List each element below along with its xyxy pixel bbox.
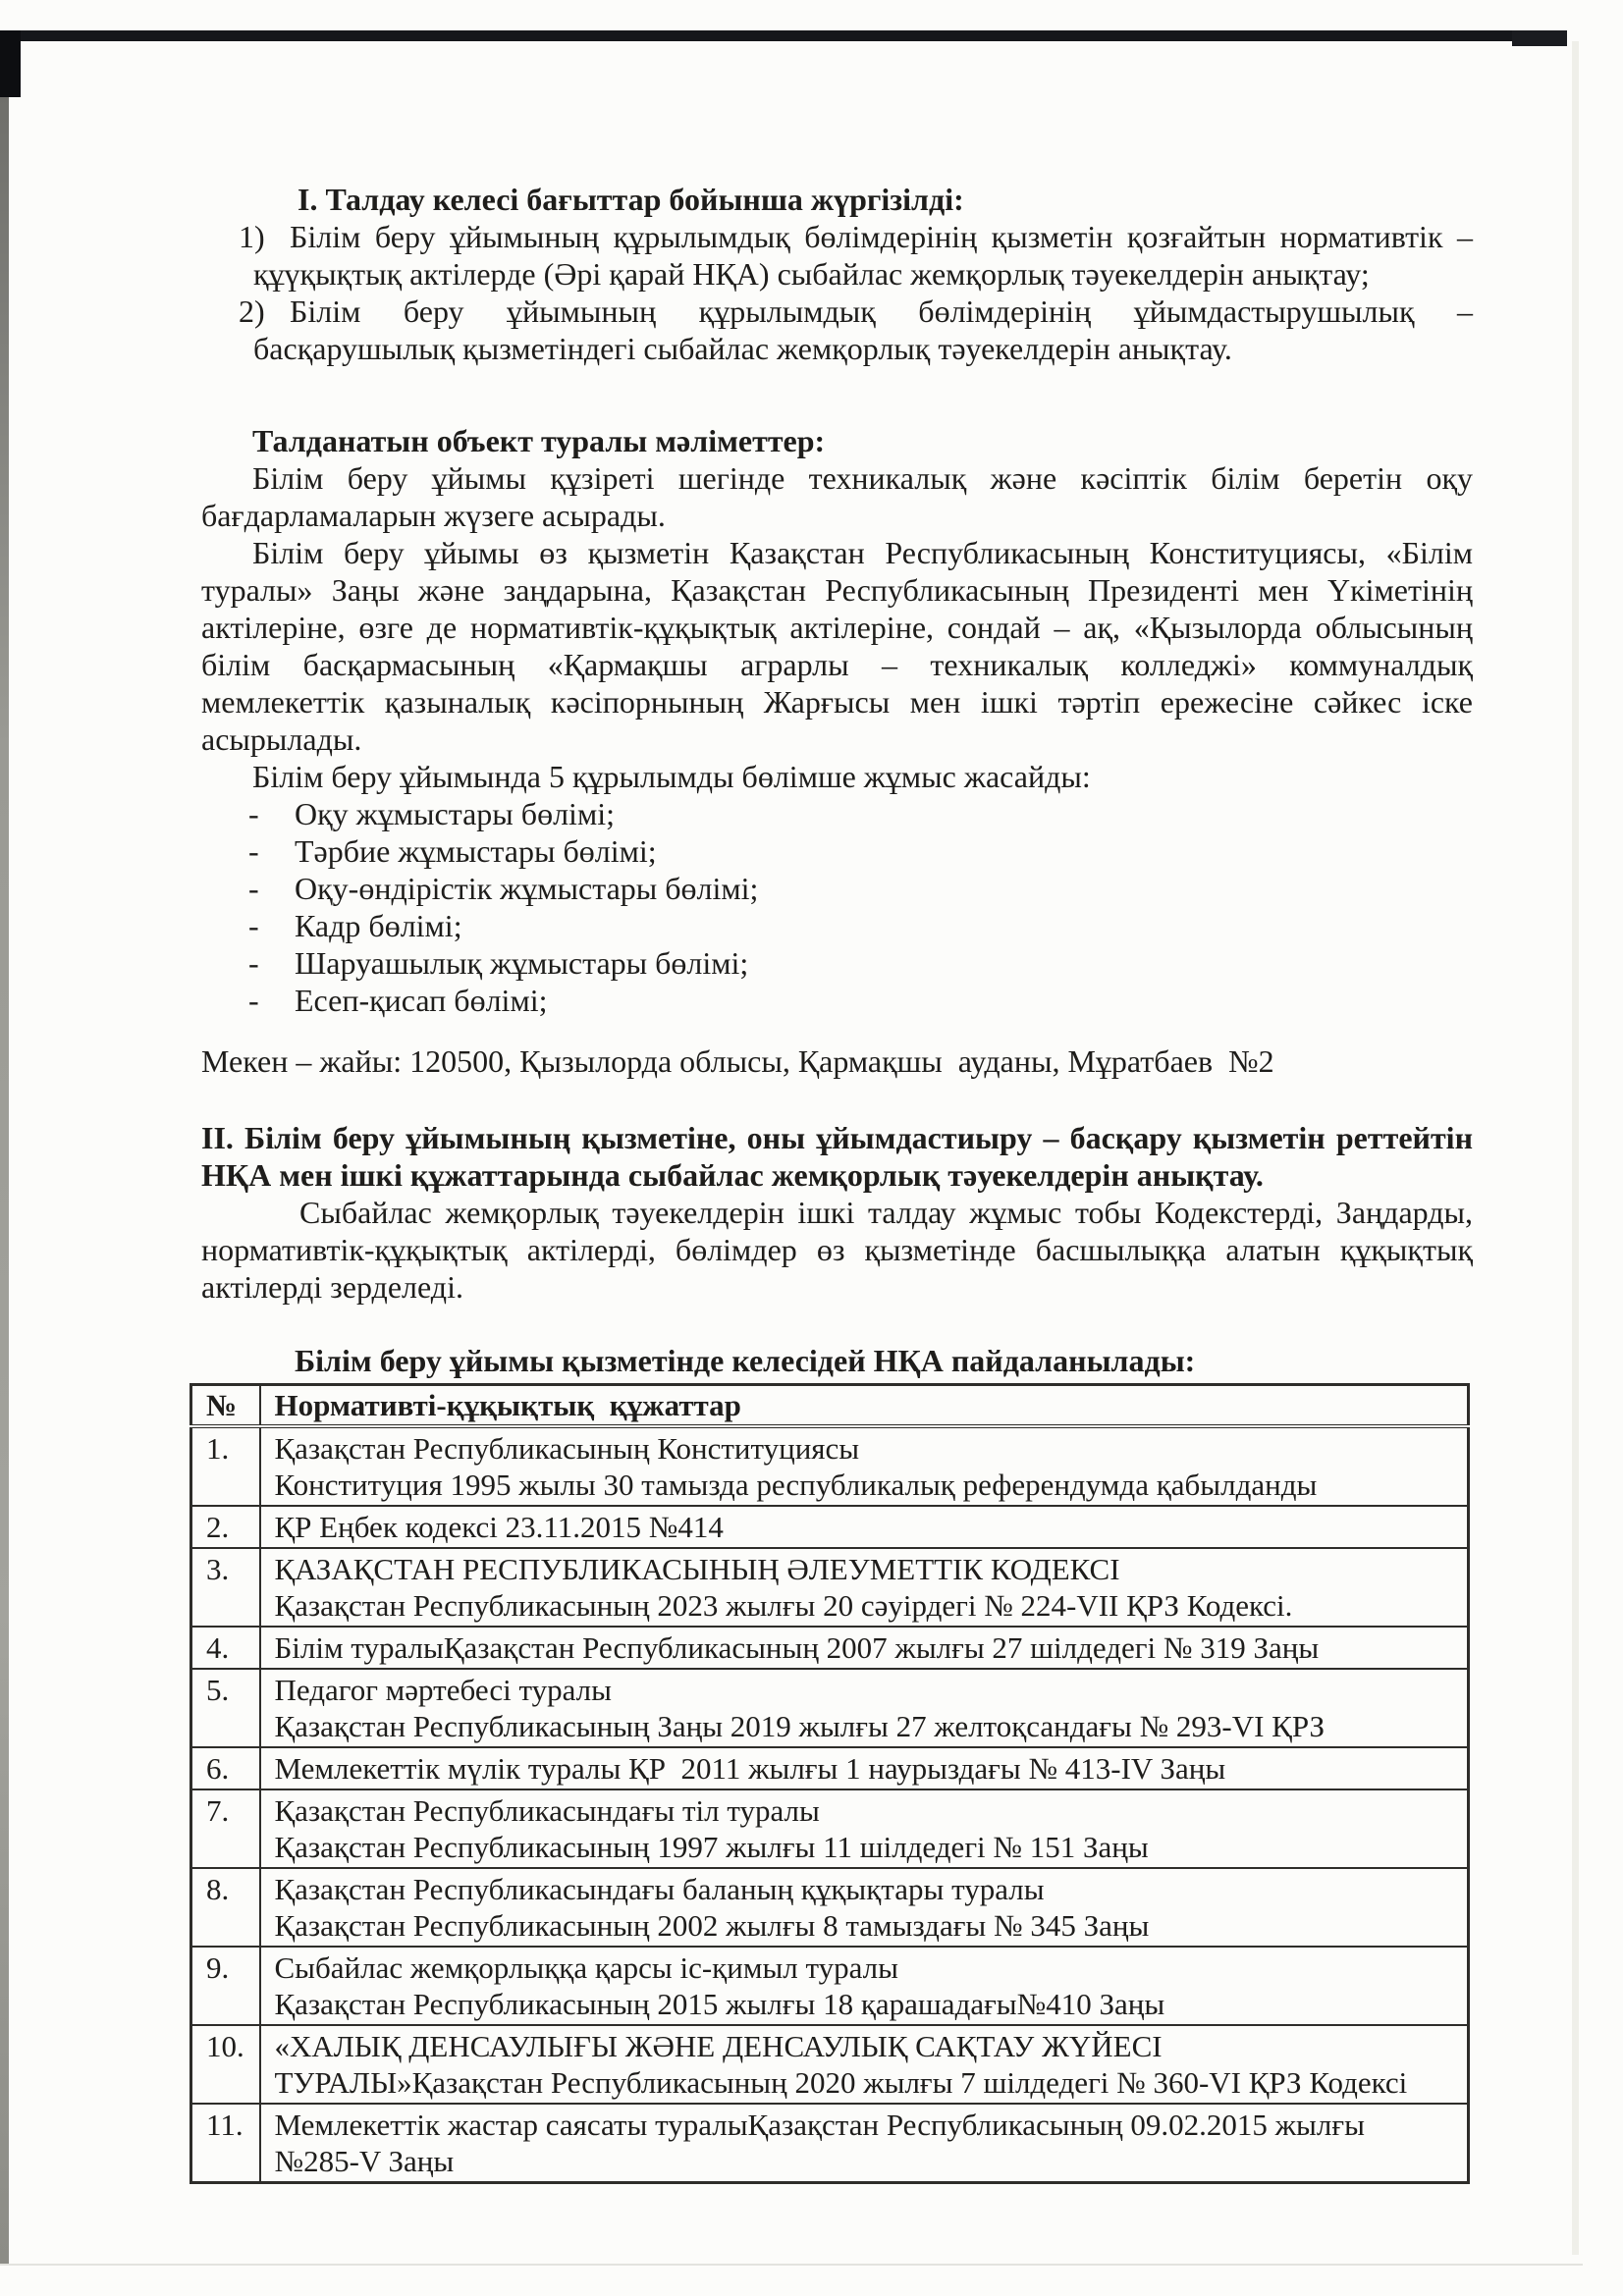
dash-marker: - [248, 870, 259, 907]
unit-list-item: - Оқу жұмыстары бөлімі; [295, 795, 1473, 832]
row-number: 6. [191, 1747, 260, 1789]
numbered-item-1: 1) Білім беру ұйымының құрылымдық бөлімд… [201, 218, 1473, 293]
row-number: 7. [191, 1789, 260, 1868]
unit-list-item: - Кадр бөлімі; [295, 907, 1473, 944]
document-content: I. Талдау келесі бағыттар бойынша жүргіз… [201, 181, 1473, 2184]
section-i-title: I. Талдау келесі бағыттар бойынша жүргіз… [298, 181, 1473, 218]
address-line: Мекен – жайы: 120500, Қызылорда облысы, … [201, 1042, 1473, 1080]
row-document: ҚР Еңбек кодексі 23.11.2015 №414 [260, 1506, 1469, 1548]
paragraph-2-line-5: мемлекеттік қазыналық кәсіпорнының Жарғы… [201, 683, 1473, 721]
table-header-row: № Нормативті-құқықтық құжаттар [191, 1385, 1469, 1427]
row-number: 5. [191, 1669, 260, 1747]
unit-label: Оқу-өндірістік жұмыстары бөлімі; [295, 871, 758, 906]
section-ii-heading-line-1: II. Білім беру ұйымының қызметіне, оны ұ… [201, 1119, 1473, 1156]
dash-marker: - [248, 982, 259, 1019]
numbered-item-2: 2) Білім беру ұйымының құрылымдық бөлімд… [201, 293, 1473, 367]
scanned-document-page: I. Талдау келесі бағыттар бойынша жүргіз… [0, 0, 1623, 2296]
scan-corner-artifact [0, 30, 21, 97]
row-document: Қазақстан Республикасындағы баланың құқы… [260, 1868, 1469, 1947]
table-row: 1. Қазақстан Республикасының Конституция… [191, 1426, 1469, 1506]
table-row: 4. Білім туралыҚазақстан Республикасының… [191, 1627, 1469, 1669]
dash-marker: - [248, 907, 259, 944]
table-row: 7. Қазақстан Республикасындағы тіл турал… [191, 1789, 1469, 1868]
row-number: 11. [191, 2104, 260, 2183]
table-row: 6. Мемлекеттік мүлік туралы ҚР 2011 жылғ… [191, 1747, 1469, 1789]
table-row: 3. ҚАЗАҚСТАН РЕСПУБЛИКАСЫНЫҢ ӘЛЕУМЕТТІК … [191, 1548, 1469, 1627]
unit-list-item: - Оқу-өндірістік жұмыстары бөлімі; [295, 870, 1473, 907]
paragraph-2-line-2: туралы» Заңы және заңдарына, Қазақстан Р… [201, 571, 1473, 609]
paragraph-2-line-1: Білім беру ұйымы өз қызметін Қазақстан Р… [252, 534, 1473, 571]
row-document: «ХАЛЫҚ ДЕНСАУЛЫҒЫ ЖӘНЕ ДЕНСАУЛЫҚ САҚТАУ … [260, 2025, 1469, 2104]
unit-list-item: - Шаруашылық жұмыстары бөлімі; [295, 944, 1473, 982]
page-right-shadow [1572, 41, 1579, 2255]
row-number: 10. [191, 2025, 260, 2104]
dash-marker: - [248, 944, 259, 982]
unit-label: Оқу жұмыстары бөлімі; [295, 796, 615, 831]
table-row: 11. Мемлекеттік жастар саясаты туралыҚаз… [191, 2104, 1469, 2183]
row-document: Педагог мәртебесі туралы Қазақстан Респу… [260, 1669, 1469, 1747]
row-document: Білім туралыҚазақстан Республикасының 20… [260, 1627, 1469, 1669]
dash-marker: - [248, 795, 259, 832]
row-document: Сыбайлас жемқорлыққа қарсы іс-қимыл тура… [260, 1947, 1469, 2025]
scan-top-right-artifact [1512, 30, 1567, 46]
dash-marker: - [248, 832, 259, 870]
section-ii-paragraph-line-2: нормативтік-құқықтық актілерді, бөлімдер… [201, 1231, 1473, 1268]
item-2-line-2: басқарушылық қызметіндегі сыбайлас жемқо… [253, 330, 1473, 367]
column-header-documents: Нормативті-құқықтық құжаттар [260, 1385, 1469, 1427]
unit-label: Кадр бөлімі; [295, 908, 462, 943]
object-info-heading: Талданатын объект туралы мәліметтер: [252, 422, 1473, 459]
nka-documents-table: № Нормативті-құқықтық құжаттар 1. Қазақс… [189, 1383, 1470, 2184]
unit-list-item: - Тәрбие жұмыстары бөлімі; [295, 832, 1473, 870]
row-document: Мемлекеттік мүлік туралы ҚР 2011 жылғы 1… [260, 1747, 1469, 1789]
row-document: Мемлекеттік жастар саясаты туралыҚазақст… [260, 2104, 1469, 2183]
row-document: Қазақстан Республикасының Конституциясы … [260, 1426, 1469, 1506]
page-bottom-edge [0, 2264, 1583, 2266]
item-2-line-1: Білім беру ұйымының құрылымдық бөлімдері… [290, 293, 1473, 330]
row-number: 2. [191, 1506, 260, 1548]
paragraph-2-line-6: асырылады. [201, 721, 1473, 758]
item-2-marker: 2) [239, 293, 265, 330]
row-number: 3. [191, 1548, 260, 1627]
row-number: 1. [191, 1426, 260, 1506]
scan-left-edge-artifact [0, 97, 9, 2265]
item-1-line-2: құүқықтық актілерде (Әрі қарай НҚА) сыба… [253, 255, 1473, 293]
row-number: 4. [191, 1627, 260, 1669]
section-ii-heading-line-2: НҚА мен ішкі құжаттарында сыбайлас жемқо… [201, 1156, 1473, 1194]
paragraph-2-line-3: актілеріне, өзге де нормативтік-құқықтық… [201, 609, 1473, 646]
paragraph-1-line-2: бағдарламаларын жүзеге асырады. [201, 497, 1473, 534]
item-1-line-1: Білім беру ұйымының құрылымдық бөлімдері… [290, 218, 1473, 255]
item-1-marker: 1) [239, 218, 265, 255]
unit-label: Есеп-қисап бөлімі; [295, 983, 547, 1018]
section-ii-paragraph-line-1: Сыбайлас жемқорлық тәуекелдерін ішкі тал… [299, 1194, 1473, 1231]
table-row: 9. Сыбайлас жемқорлыққа қарсы іс-қимыл т… [191, 1947, 1469, 2025]
unit-label: Шаруашылық жұмыстары бөлімі; [295, 945, 748, 981]
unit-label: Тәрбие жұмыстары бөлімі; [295, 833, 657, 869]
unit-list-item: - Есеп-қисап бөлімі; [295, 982, 1473, 1019]
table-row: 2. ҚР Еңбек кодексі 23.11.2015 №414 [191, 1506, 1469, 1548]
table-row: 8. Қазақстан Республикасындағы баланың қ… [191, 1868, 1469, 1947]
row-number: 8. [191, 1868, 260, 1947]
units-intro-line: Білім беру ұйымында 5 құрылымды бөлімше … [252, 758, 1473, 795]
paragraph-1-line-1: Білім беру ұйымы құзіреті шегінде техник… [252, 459, 1473, 497]
column-header-number: № [191, 1385, 260, 1427]
row-document: Қазақстан Республикасындағы тіл туралы Қ… [260, 1789, 1469, 1868]
paragraph-2-line-4: білім басқармасының «Қармақшы аграрлы – … [201, 646, 1473, 683]
table-row: 5. Педагог мәртебесі туралы Қазақстан Ре… [191, 1669, 1469, 1747]
section-ii-paragraph-line-3: актілерді зерделеді. [201, 1268, 1473, 1306]
table-row: 10. «ХАЛЫҚ ДЕНСАУЛЫҒЫ ЖӘНЕ ДЕНСАУЛЫҚ САҚ… [191, 2025, 1469, 2104]
table-intro-heading: Білім беру ұйымы қызметінде келесідей НҚ… [295, 1342, 1473, 1379]
row-document: ҚАЗАҚСТАН РЕСПУБЛИКАСЫНЫҢ ӘЛЕУМЕТТІК КОД… [260, 1548, 1469, 1627]
row-number: 9. [191, 1947, 260, 2025]
scan-top-edge-artifact [0, 30, 1565, 41]
